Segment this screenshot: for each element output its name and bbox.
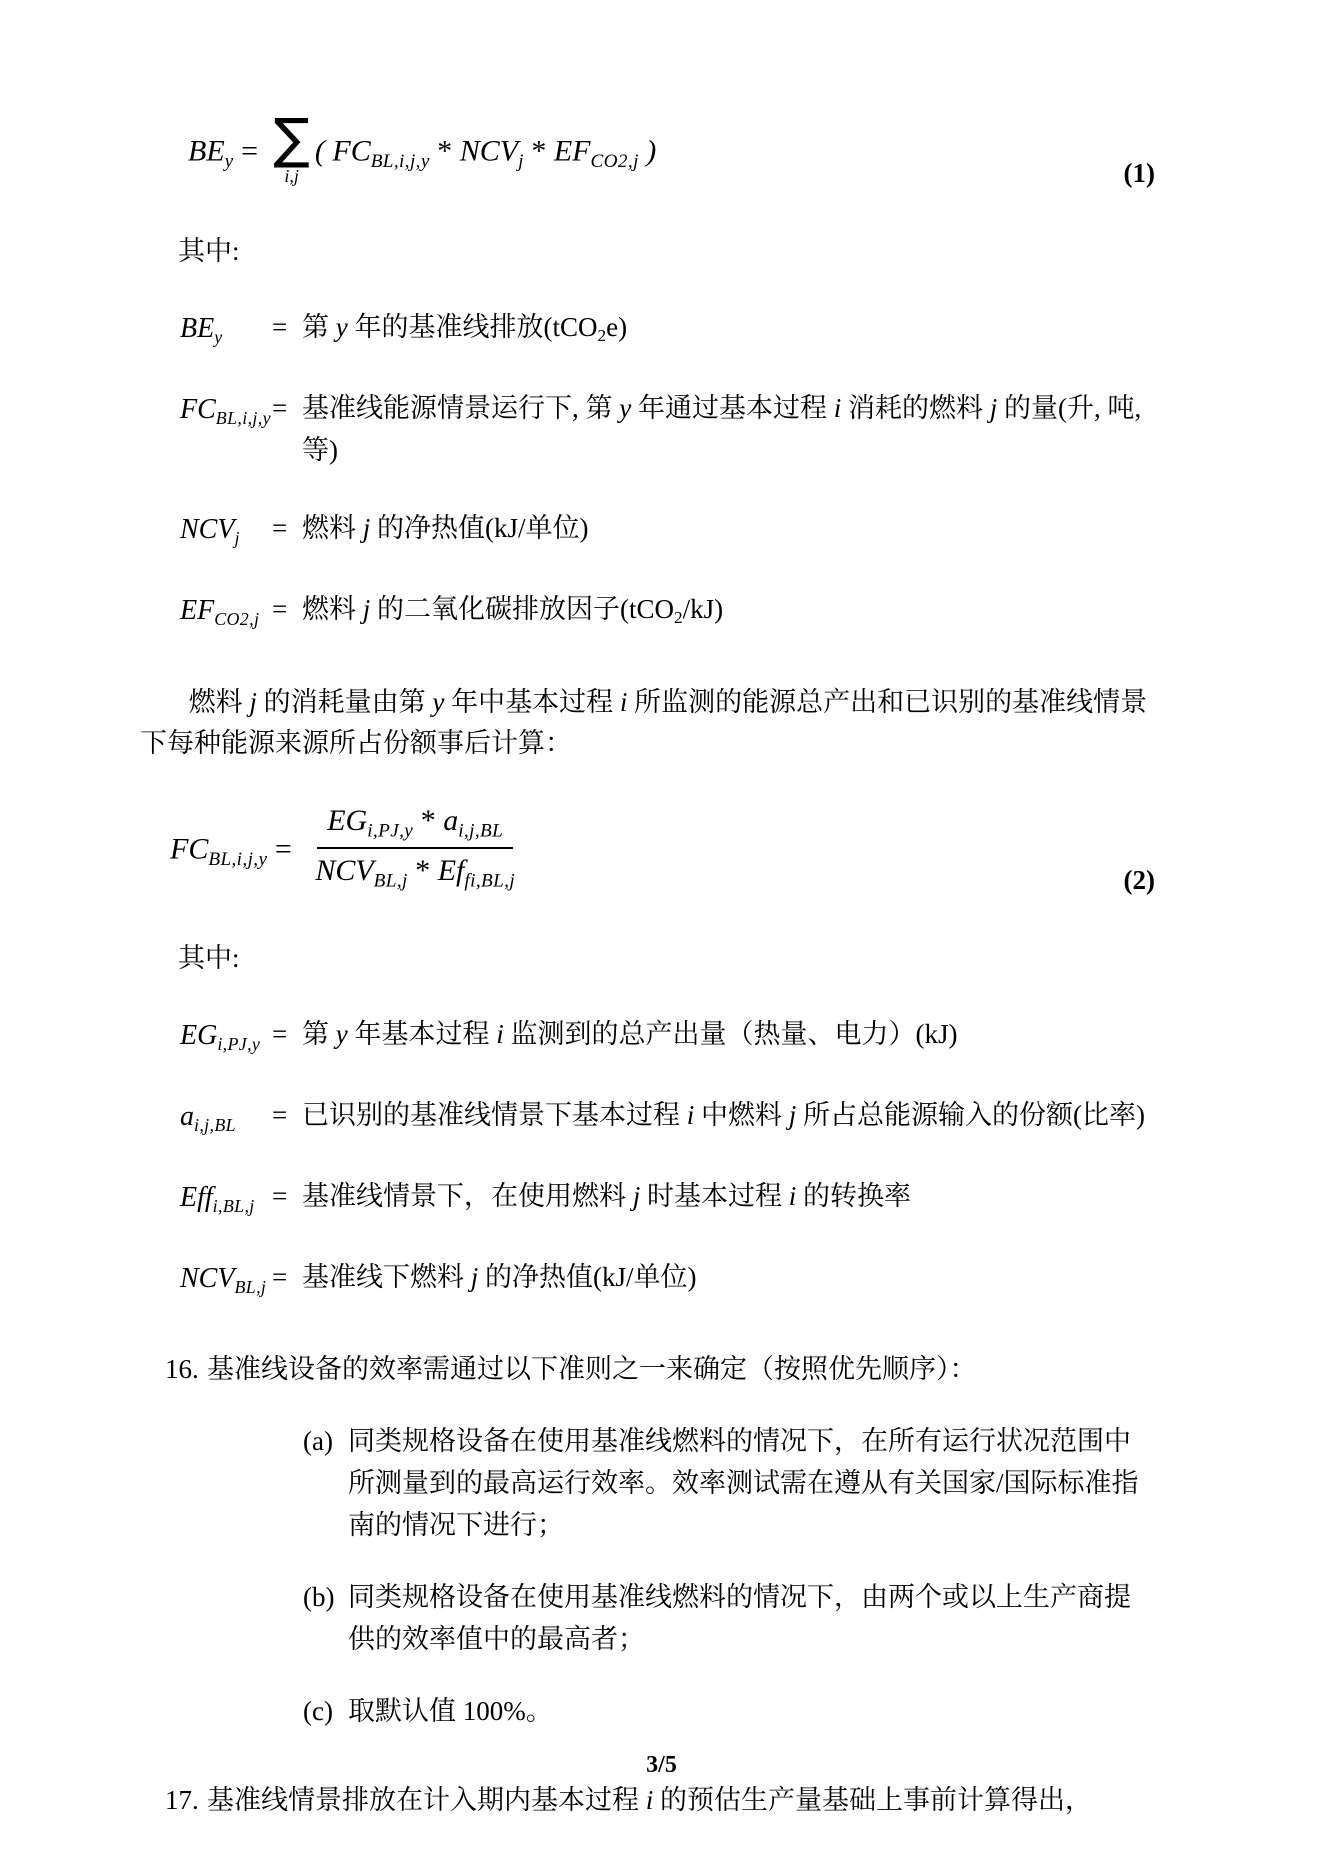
where-label-2: 其中: [178,940,1155,978]
variable-description: 基准线情景下，在使用燃料 j 时基本过程 i 的转换率 [302,1176,1155,1218]
definition-row-eg: EGi,PJ,y = 第 y 年基本过程 i 监测到的总产出量（热量、电力）(k… [180,1014,1155,1059]
variable-description: 第 y 年的基准线排放(tCO2e) [302,307,1155,350]
equals-sign: = [272,1014,302,1056]
variable-description: 基准线下燃料 j 的净热值(kJ/单位) [302,1257,1155,1299]
variable-term: EGi,PJ,y [180,1014,272,1059]
item-16: 16. 基准线设备的效率需通过以下准则之一来确定（按照优先顺序）： [165,1349,1155,1391]
paragraph-fuel-consumption: 燃料 j 的消耗量由第 y 年中基本过程 i 所监测的能源总产出和已识别的基准线… [140,682,1155,766]
variable-term: Effi,BL,j [180,1176,272,1221]
variable-term: NCVj [180,508,272,553]
item-16c-text: 取默认值 100%。 [348,1691,1155,1733]
definition-row-a: ai,j,BL = 已识别的基准线情景下基本过程 i 中燃料 j 所占总能源输入… [180,1095,1155,1140]
equals-sign: = [272,508,302,550]
item-17: 17. 基准线情景排放在计入期内基本过程 i 的预估生产量基础上事前计算得出， [165,1780,1155,1822]
variable-description: 基准线能源情景运行下, 第 y 年通过基本过程 i 消耗的燃料 j 的量(升, … [302,388,1155,472]
item-16c: (c) 取默认值 100%。 [303,1691,1155,1733]
item-17-text: 基准线情景排放在计入期内基本过程 i 的预估生产量基础上事前计算得出， [207,1780,1155,1822]
equals-sign: = [272,589,302,631]
definition-row-fc: FCBL,i,j,y = 基准线能源情景运行下, 第 y 年通过基本过程 i 消… [180,388,1155,472]
equals-sign: = [272,388,302,430]
equation-1-formula: BEy = ∑i,j( FCBL,i,j,y * NCVj * EFCO2,j … [188,118,656,189]
item-16a: (a) 同类规格设备在使用基准线燃料的情况下，在所有运行状况范围中所测量到的最高… [303,1421,1155,1547]
definition-row-ef: EFCO2,j = 燃料 j 的二氧化碳排放因子(tCO2/kJ) [180,589,1155,634]
equals-sign: = [272,307,302,349]
equals-sign: = [272,1257,302,1299]
definition-row-bey: BEy = 第 y 年的基准线排放(tCO2e) [180,307,1155,352]
equation-1-row: BEy = ∑i,j( FCBL,i,j,y * NCVj * EFCO2,j … [140,118,1155,189]
item-17-number: 17. [165,1780,207,1822]
item-16a-label: (a) [303,1421,348,1547]
variable-term: FCBL,i,j,y [180,388,272,433]
item-16a-text: 同类规格设备在使用基准线燃料的情况下，在所有运行状况范围中所测量到的最高运行效率… [348,1421,1155,1547]
definition-list-2: EGi,PJ,y = 第 y 年基本过程 i 监测到的总产出量（热量、电力）(k… [180,1014,1155,1301]
item-16b-text: 同类规格设备在使用基准线燃料的情况下，由两个或以上生产商提供的效率值中的最高者； [348,1577,1155,1661]
equation-2-row: FCBL,i,j,y = EGi,PJ,y * ai,j,BLNCVBL,j *… [140,807,1155,896]
where-label-1: 其中: [178,233,1155,271]
page-number: 3/5 [0,1752,1323,1779]
item-16b-label: (b) [303,1577,348,1661]
variable-term: NCVBL,j [180,1257,272,1302]
definition-row-ncvbl: NCVBL,j = 基准线下燃料 j 的净热值(kJ/单位) [180,1257,1155,1302]
equals-sign: = [272,1095,302,1137]
equals-sign: = [272,1176,302,1218]
equation-1-number: (1) [1124,157,1155,189]
variable-description: 燃料 j 的二氧化碳排放因子(tCO2/kJ) [302,589,1155,632]
definition-row-ncv: NCVj = 燃料 j 的净热值(kJ/单位) [180,508,1155,553]
item-16-number: 16. [165,1349,207,1391]
definition-row-eff: Effi,BL,j = 基准线情景下，在使用燃料 j 时基本过程 i 的转换率 [180,1176,1155,1221]
variable-term: EFCO2,j [180,589,272,634]
definition-list-1: BEy = 第 y 年的基准线排放(tCO2e) FCBL,i,j,y = 基准… [180,307,1155,633]
item-16-text: 基准线设备的效率需通过以下准则之一来确定（按照优先顺序）： [207,1349,1155,1391]
item-16b: (b) 同类规格设备在使用基准线燃料的情况下，由两个或以上生产商提供的效率值中的… [303,1577,1155,1661]
variable-description: 燃料 j 的净热值(kJ/单位) [302,508,1155,550]
variable-term: ai,j,BL [180,1095,272,1140]
variable-description: 第 y 年基本过程 i 监测到的总产出量（热量、电力）(kJ) [302,1014,1155,1056]
equation-2-number: (2) [1124,864,1155,896]
equation-2-formula: FCBL,i,j,y = EGi,PJ,y * ai,j,BLNCVBL,j *… [170,807,531,896]
item-16c-label: (c) [303,1691,348,1733]
variable-description: 已识别的基准线情景下基本过程 i 中燃料 j 所占总能源输入的份额(比率) [302,1095,1155,1137]
variable-term: BEy [180,307,272,352]
document-page: BEy = ∑i,j( FCBL,i,j,y * NCVj * EFCO2,j … [0,0,1323,1871]
